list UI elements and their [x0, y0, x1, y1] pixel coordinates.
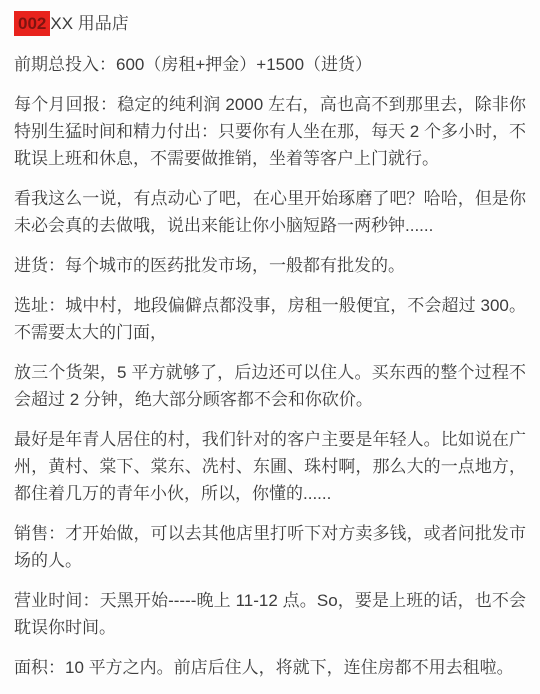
paragraph-persuasion: 看我这么一说，有点动心了吧，在心里开始琢磨了吧？哈哈，但是你未必会真的去做哦，说…: [14, 185, 526, 239]
title-text: XX 用品店: [50, 14, 128, 33]
document-page: 002XX 用品店 前期总投入：600（房租+押金）+1500（进货） 每个月回…: [0, 0, 540, 694]
paragraph-purchasing: 进货：每个城市的医药批发市场，一般都有批发的。: [14, 252, 526, 279]
paragraph-area: 面积：10 平方之内。前店后住人，将就下，连住房都不用去租啦。: [14, 654, 526, 681]
paragraph-location: 选址：城中村，地段偏僻点都没事，房租一般便宜，不会超过 300。不需要太大的门面…: [14, 292, 526, 346]
paragraph-sales: 销售：才开始做，可以去其他店里打听下对方卖多钱，或者问批发市场的人。: [14, 520, 526, 574]
page-title: 002XX 用品店: [14, 10, 526, 37]
paragraph-business-hours: 营业时间：天黑开始-----晚上 11-12 点。So，要是上班的话，也不会耽误…: [14, 587, 526, 641]
paragraph-target-customers: 最好是年青人居住的村，我们针对的客户主要是年轻人。比如说在广州，黄村、棠下、棠东…: [14, 426, 526, 507]
title-badge: 002: [14, 11, 50, 36]
paragraph-initial-investment: 前期总投入：600（房租+押金）+1500（进货）: [14, 51, 526, 78]
paragraph-monthly-return: 每个月回报：稳定的纯利润 2000 左右，高也高不到那里去，除非你特别生猛时间和…: [14, 91, 526, 172]
paragraph-shelves: 放三个货架，5 平方就够了，后边还可以住人。买东西的整个过程不会超过 2 分钟，…: [14, 359, 526, 413]
